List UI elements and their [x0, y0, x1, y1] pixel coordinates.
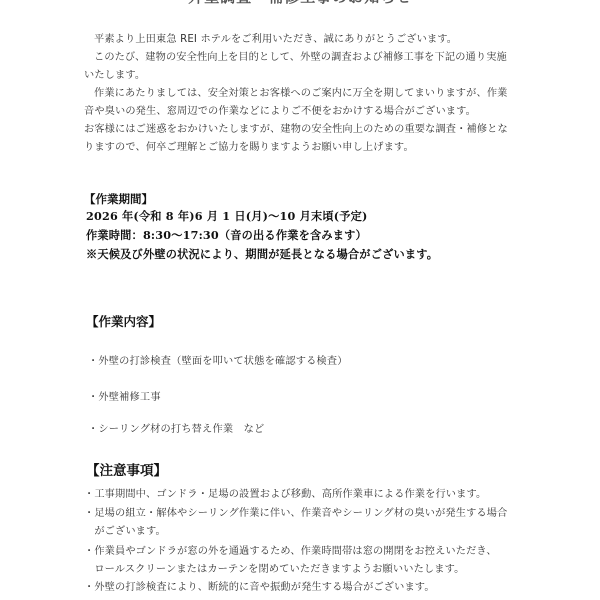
content-item-1: ・外壁の打診検査（壁面を叩いて状態を確認する検査） — [88, 352, 348, 367]
notes-line-2: ・足場の組立・解体やシーリング作業に伴い、作業音やシーリング材の臭いが発生する場… — [84, 507, 507, 520]
period-note: ※天候及び外壁の状況により、期間が延長となる場合がございます。 — [86, 248, 438, 261]
intro-line-2: このたび、建物の安全性向上を目的として、外壁の調査および補修工事を下記の通り実施 — [94, 51, 507, 64]
content-item-3: ・シーリング材の打ち替え作業 など — [88, 420, 264, 435]
period-hours: 作業時間：8:30〜17:30（音の出る作業を含みます） — [86, 229, 367, 242]
intro-line-6: お客様にはご迷惑をおかけいたしますが、建物の安全性向上のための重要な調査・補修と… — [84, 123, 508, 136]
content-item-2: ・外壁補修工事 — [88, 388, 161, 403]
intro-line-4: 作業にあたりましては、安全対策とお客様へのご案内に万全を期してまいりますが、作業 — [94, 87, 508, 100]
notes-line-1: ・工事期間中、ゴンドラ・足場の設置および移動、高所作業車による作業を行います。 — [84, 488, 486, 501]
notes-heading: 【注意事項】 — [86, 459, 167, 479]
notes-line-5: ロールスクリーンまたはカーテンを閉めていただきますようお願いいたします。 — [84, 563, 464, 576]
document-page: 外壁調査・補修工事のお知らせ 平素より上田東急 REI ホテルをご利用いただき、… — [0, 0, 600, 600]
document-title: 外壁調査・補修工事のお知らせ — [0, 0, 600, 4]
period-dates: 2026 年(令和 8 年)6 月 1 日(月)〜10 月末頃(予定) — [86, 210, 368, 223]
intro-line-1: 平素より上田東急 REI ホテルをご利用いただき、誠にありがとうございます。 — [94, 33, 457, 46]
notes-line-4: ・作業員やゴンドラが窓の外を通過するため、作業時間帯は窓の開閉をお控えいただき、 — [84, 545, 497, 558]
notes-line-6: ・外壁の打診検査により、断続的に音や振動が発生する場合がございます。 — [84, 581, 435, 594]
intro-line-7: りますので、何卒ご理解とご協力を賜りますようお願い申し上げます。 — [84, 141, 414, 154]
content-heading: 【作業内容】 — [86, 312, 161, 330]
intro-line-5: 音や臭いの発生、窓周辺での作業などによりご不便をおかけする場合がございます。 — [84, 105, 476, 118]
period-heading: 【作業期間】 — [84, 191, 153, 207]
notes-line-3: がございます。 — [84, 525, 166, 538]
intro-line-3: いたします。 — [84, 69, 145, 82]
